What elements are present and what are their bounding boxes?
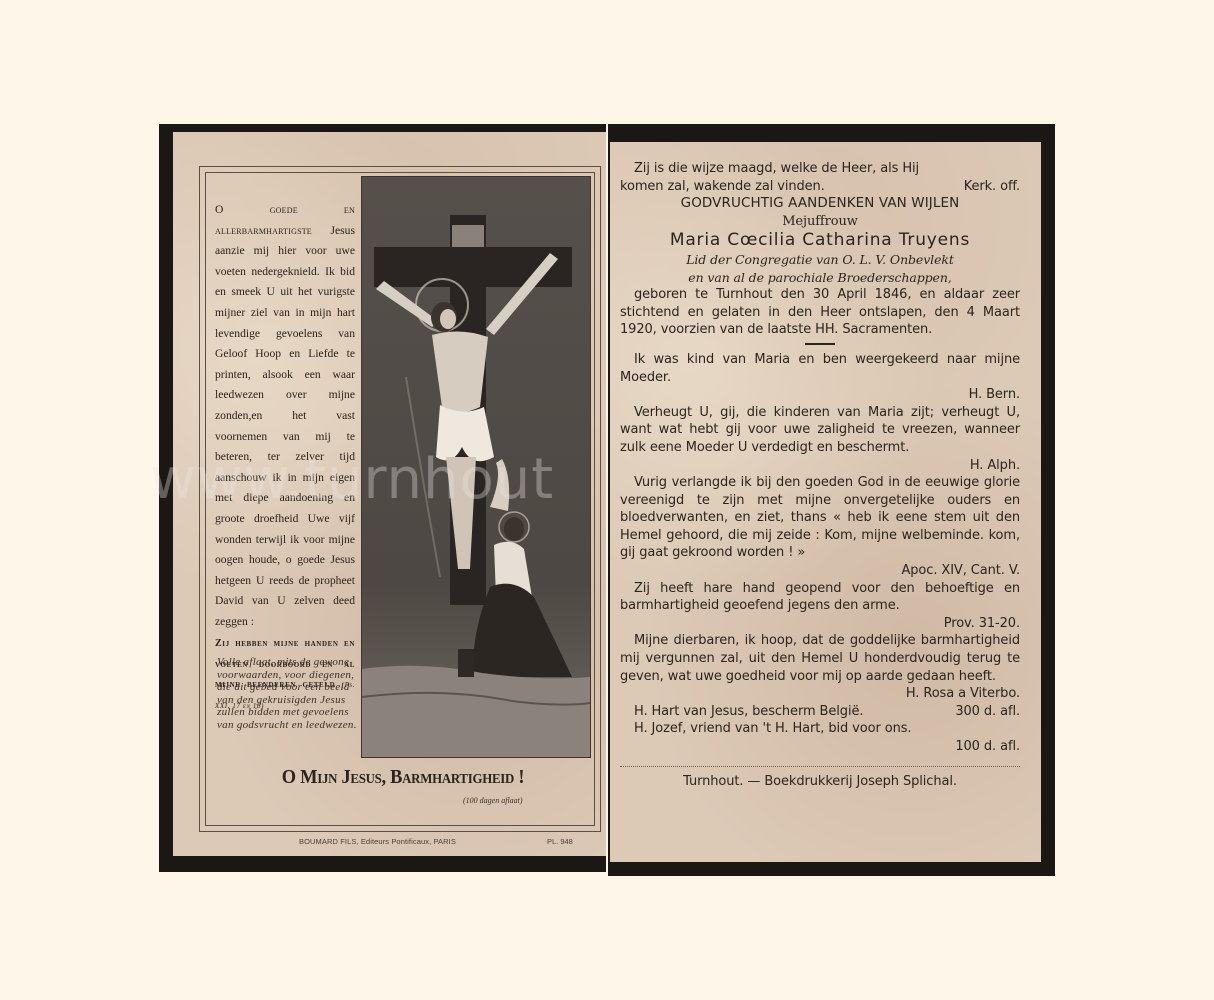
indulgence-text: Volle aflaat, mits de gewone voorwaarden…: [217, 656, 359, 732]
crucifix-icon: [362, 177, 590, 757]
membership-line: Lid der Congregatie van O. L. V. Onbevle…: [620, 251, 1020, 269]
crucifixion-image: [361, 176, 591, 758]
quote-text: Mijne dierbaren, ik hoop, dat de goddeli…: [620, 632, 1020, 685]
motto-title: O Mijn Jesus, Barmhartigheid !: [228, 766, 578, 789]
indulgence-days: 100 d. afl.: [620, 738, 1020, 756]
prayer-card-front: O goede en allerbarmhartigste Jesus aanz…: [159, 124, 606, 872]
invocation: H. Hart van Jesus, bescherm België. 300 …: [620, 703, 1020, 721]
epigraph-source: Kerk. off.: [964, 178, 1020, 196]
biography: geboren te Turnhout den 30 April 1846, e…: [620, 286, 1020, 339]
card-paper: Zij is die wijze maagd, welke de Heer, a…: [610, 142, 1041, 862]
quote-text: Vurig verlangde ik bij den goeden God in…: [620, 474, 1020, 562]
divider: [805, 343, 835, 345]
epigraph-line: Zij is die wijze maagd, welke de Heer, a…: [620, 160, 1020, 178]
memorial-heading: GODVRUCHTIG AANDENKEN VAN WIJLEN: [620, 195, 1020, 213]
indulgence-days: 300 d. afl.: [941, 703, 1020, 721]
epigraph-line: komen zal, wakende zal vinden. Kerk. off…: [620, 178, 1020, 196]
card-paper: O goede en allerbarmhartigste Jesus aanz…: [173, 132, 606, 856]
quote-source: H. Rosa a Viterbo.: [620, 685, 1020, 703]
deceased-name: Maria Cœcilia Catharina Truyens: [620, 232, 1020, 250]
printer-credit: Turnhout. — Boekdrukkerij Joseph Splicha…: [620, 773, 1020, 791]
motto-note: (100 dagen aflaat): [463, 796, 523, 805]
prayer-body: Jesus aanzie mij hier voor uwe voeten ne…: [215, 224, 355, 628]
quote-text: Zij heeft hare hand geopend voor den beh…: [620, 580, 1020, 615]
prayer-text: O goede en allerbarmhartigste Jesus aanz…: [215, 200, 355, 716]
quote-source: Apoc. XIV, Cant. V.: [620, 562, 1020, 580]
dotted-divider: [620, 766, 1020, 767]
quote-text: Verheugt U, gij, die kinderen van Maria …: [620, 404, 1020, 457]
quote-source: H. Alph.: [620, 457, 1020, 475]
invocation: H. Jozef, vriend van 't H. Hart, bid voo…: [620, 720, 1020, 738]
quote-source: Prov. 31-20.: [620, 615, 1020, 633]
title-prefix: Mejuffrouw: [620, 213, 1020, 231]
membership-line: en van al de parochiale Broederschappen,: [620, 269, 1020, 287]
memorial-text: Zij is die wijze maagd, welke de Heer, a…: [620, 160, 1020, 790]
quote-source: H. Bern.: [620, 386, 1020, 404]
plate-number: PL. 948: [547, 837, 573, 846]
publisher-credit: BOUMARD FILS, Editeurs Pontificaux, PARI…: [299, 837, 456, 846]
prayer-card-back: Zij is die wijze maagd, welke de Heer, a…: [608, 124, 1055, 876]
quote-text: Ik was kind van Maria en ben weergekeerd…: [620, 351, 1020, 386]
